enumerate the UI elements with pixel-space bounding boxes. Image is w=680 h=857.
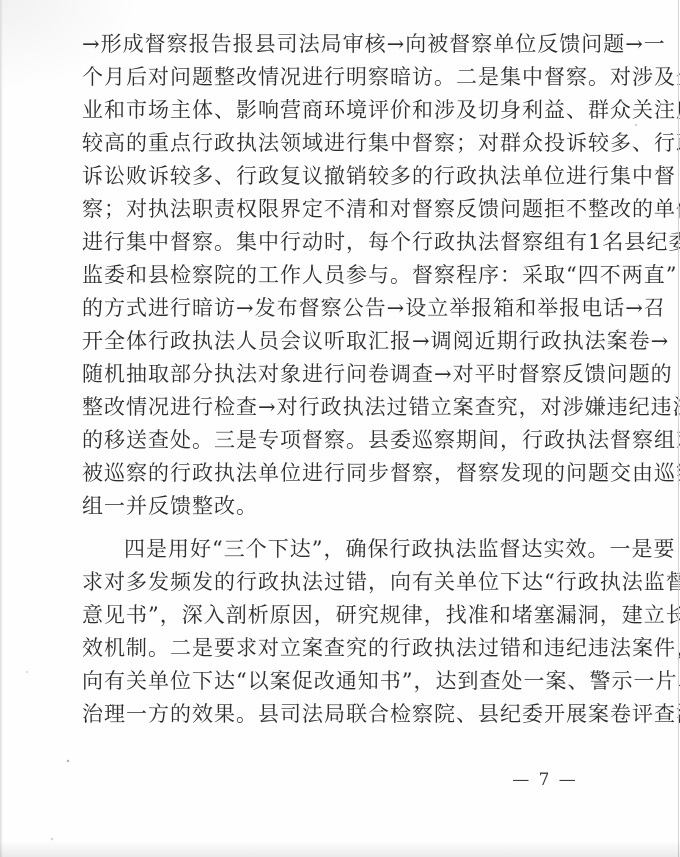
text-line: 察；对执法职责权限界定不清和对督察反馈问题拒不整改的单位 [82,193,616,226]
page-bottom-edge-shadow [0,841,680,857]
text-line: 求对多发频发的行政执法过错，向有关单位下达“行政执法监督 [82,566,616,599]
text-line: 随机抽取部分执法对象进行问卷调查→对平时督察反馈问题的 [82,358,616,391]
text-line: 向有关单位下达“以案促改通知书”，达到查处一案、警示一片、 [82,665,616,698]
text-line: 较高的重点行政执法领域进行集中督察；对群众投诉较多、行政 [82,127,616,160]
text-line: 被巡察的行政执法单位进行同步督察，督察发现的问题交由巡察 [82,457,616,490]
text-line: 业和市场主体、影响营商环境评价和涉及切身利益、群众关注度 [82,94,616,127]
paragraph-1: →形成督察报告报县司法局审核→向被督察单位反馈问题→一 个月后对问题整改情况进行… [82,28,616,523]
scanned-document-page: →形成督察报告报县司法局审核→向被督察单位反馈问题→一 个月后对问题整改情况进行… [0,0,680,857]
text-line: →形成督察报告报县司法局审核→向被督察单位反馈问题→一 [82,28,616,61]
text-line: 治理一方的效果。县司法局联合检察院、县纪委开展案卷评查活 [82,698,616,731]
page-number: — 7 — [505,770,585,790]
text-line: 组一并反馈整改。 [82,490,616,523]
page-left-edge-shadow [0,0,3,857]
text-line: 的方式进行暗访→发布督察公告→设立举报箱和举报电话→召 [82,292,616,325]
text-line: 的移送查处。三是专项督察。县委巡察期间，行政执法督察组对 [82,424,616,457]
text-line: 诉讼败诉较多、行政复议撤销较多的行政执法单位进行集中督 [82,160,616,193]
text-line: 进行集中督察。集中行动时，每个行政执法督察组有1名县纪委 [82,226,616,259]
paragraph-2: 四是用好“三个下达”，确保行政执法监督达实效。一是要 求对多发频发的行政执法过错… [82,533,616,731]
text-line: 个月后对问题整改情况进行明察暗访。二是集中督察。对涉及企 [82,61,616,94]
text-line: 意见书”，深入剖析原因，研究规律，找准和堵塞漏洞，建立长 [82,599,616,632]
text-line: 整改情况进行检查→对行政执法过错立案查究，对涉嫌违纪违法 [82,391,616,424]
text-line: 效机制。二是要求对立案查究的行政执法过错和违纪违法案件， [82,632,616,665]
text-line: 开全体行政执法人员会议听取汇报→调阅近期行政执法案卷→ [82,325,616,358]
text-line: 四是用好“三个下达”，确保行政执法监督达实效。一是要 [82,533,616,566]
text-line: 监委和县检察院的工作人员参与。督察程序：采取“四不两直” [82,259,616,292]
page-right-edge-shadow [678,0,679,857]
document-body: →形成督察报告报县司法局审核→向被督察单位反馈问题→一 个月后对问题整改情况进行… [82,28,616,731]
